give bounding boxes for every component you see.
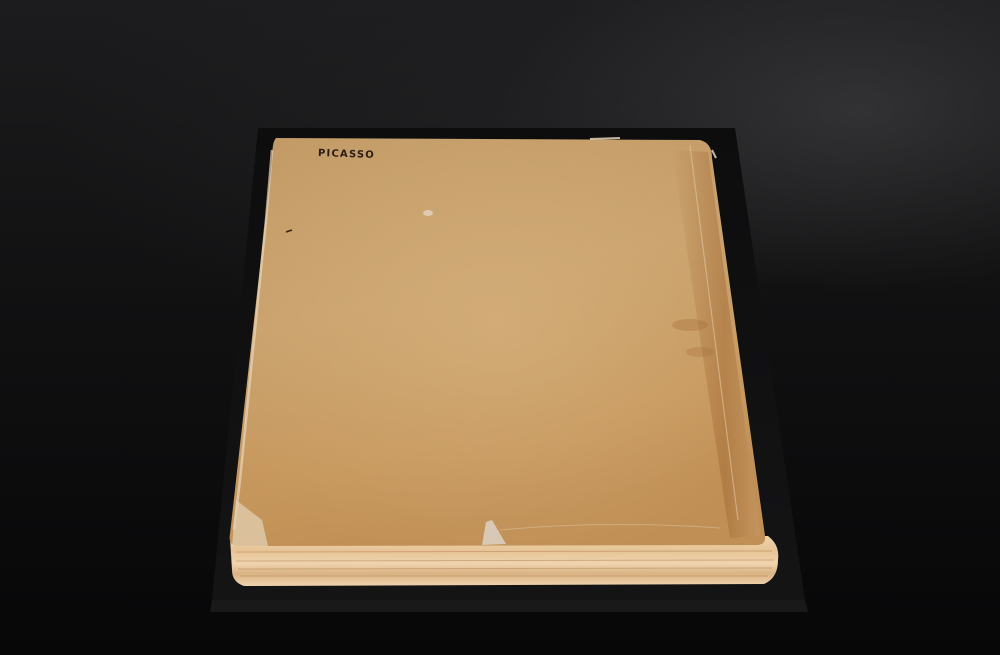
photo-scene: PICASSO (0, 0, 1000, 655)
book-cover-title: PICASSO (318, 148, 375, 161)
book (0, 0, 1000, 655)
